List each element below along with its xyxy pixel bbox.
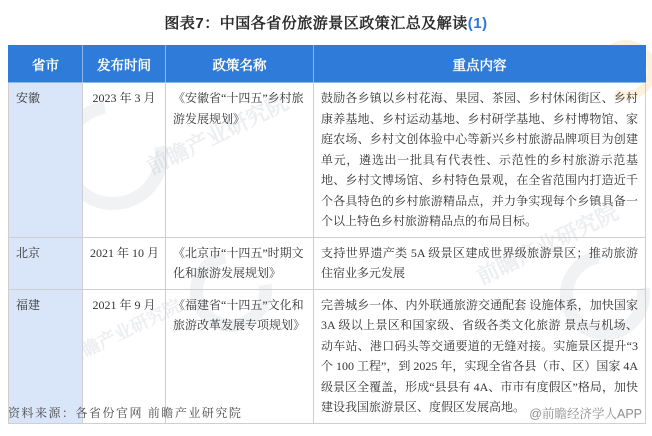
policy-table: 省市 发布时间 政策名称 重点内容 安徽 2023 年 3 月 《安徽省“十四五… bbox=[8, 45, 646, 424]
col-header-province: 省市 bbox=[9, 46, 83, 83]
cell-key-content: 鼓励各乡镇以乡村花海、果园、茶园、乡村休闲街区、乡村康养基地、乡村运动基地、乡村… bbox=[314, 83, 646, 238]
cell-policy-name: 《福建省“十四五”文化和旅游改革发展专项规划》 bbox=[166, 289, 314, 423]
table-header-row: 省市 发布时间 政策名称 重点内容 bbox=[9, 46, 646, 83]
credit-note: @前瞻经济学人APP bbox=[529, 404, 642, 422]
cell-date: 2023 年 3 月 bbox=[83, 83, 166, 238]
cell-key-content: 支持世界遗产类 5A 级景区建成世界级旅游景区；推动旅游住宿业多元发展 bbox=[314, 237, 646, 289]
col-header-date: 发布时间 bbox=[83, 46, 166, 83]
col-header-content: 重点内容 bbox=[314, 46, 646, 83]
cell-province: 北京 bbox=[9, 237, 83, 289]
page-title: 图表7：中国各省份旅游景区政策汇总及解读(1) bbox=[0, 12, 652, 33]
cell-policy-name: 《安徽省“十四五”乡村旅游发展规划》 bbox=[166, 83, 314, 238]
cell-province: 福建 bbox=[9, 289, 83, 423]
source-note: 资料来源：各省份官网 前瞻产业研究院 bbox=[8, 404, 242, 421]
cell-policy-name: 《北京市“十四五”时期文化和旅游发展规划》 bbox=[166, 237, 314, 289]
col-header-policy: 政策名称 bbox=[166, 46, 314, 83]
cell-key-content: 完善城乡一体、内外联通旅游交通配套 设施体系，加快国家 3A 级以上景区和国家级… bbox=[314, 289, 646, 423]
cell-date: 2021 年 10 月 bbox=[83, 237, 166, 289]
page-title-text: 图表7：中国各省份旅游景区政策汇总及解读 bbox=[164, 15, 467, 32]
table-row-fujian: 福建 2021 年 9 月 《福建省“十四五”文化和旅游改革发展专项规划》 完善… bbox=[9, 289, 646, 423]
cell-date: 2021 年 9 月 bbox=[83, 289, 166, 423]
report-figure-page: 前瞻产业研究院 前瞻产业研究院 前瞻产业研究院 图表7：中国各省份旅游景区政策汇… bbox=[0, 0, 652, 436]
cell-province: 安徽 bbox=[9, 83, 83, 238]
page-title-number: (1) bbox=[468, 15, 488, 32]
table-row-anhui: 安徽 2023 年 3 月 《安徽省“十四五”乡村旅游发展规划》 鼓励各乡镇以乡… bbox=[9, 83, 646, 238]
table-row-beijing: 北京 2021 年 10 月 《北京市“十四五”时期文化和旅游发展规划》 支持世… bbox=[9, 237, 646, 289]
